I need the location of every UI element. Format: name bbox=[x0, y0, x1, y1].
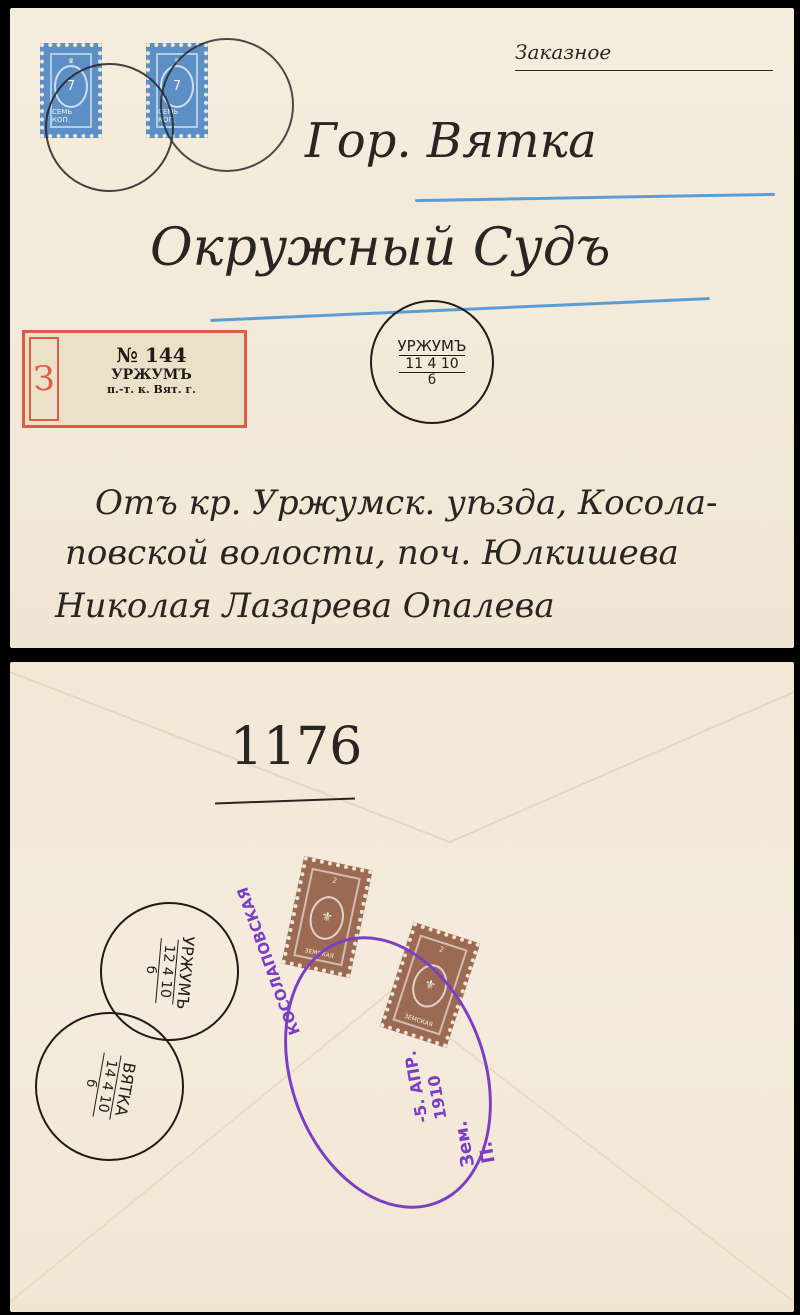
address-line-2: Окружный Судъ bbox=[150, 218, 610, 278]
registered-label: Заказное bbox=[515, 40, 611, 64]
blue-crayon-line bbox=[415, 193, 775, 202]
postmark-urzhum-front: УРЖУМЪ 11 4 10 б bbox=[370, 300, 494, 424]
sender-line-3: Николая Лазарева Опалева bbox=[55, 586, 555, 626]
envelope-back: 1176 УРЖУМЪ 12 4 10 б ВЯТКА 14 4 10 б 2⚜… bbox=[10, 662, 794, 1312]
sender-line-2: повской волости, поч. Юлкишева bbox=[65, 533, 679, 573]
stamp-arms-icon: ⚜ bbox=[306, 892, 348, 942]
underline bbox=[515, 70, 773, 71]
postmark-front-2 bbox=[160, 38, 294, 172]
postmark-front-1 bbox=[45, 63, 174, 192]
docket-number: 1176 bbox=[230, 717, 362, 777]
registration-label: З № 144 УРЖУМЪ п.-т. к. Вят. г. bbox=[22, 330, 247, 428]
address-line-1: Гор. Вятка bbox=[305, 113, 597, 169]
envelope-front: Заказное ♛7СЕМЬ КОП. ♛7СЕМЬ КОП. Гор. Вя… bbox=[10, 8, 794, 648]
stamp-eagle-icon: ♛ bbox=[68, 57, 74, 65]
sender-line-1: Отъ кр. Уржумск. уѣзда, Косола- bbox=[95, 483, 718, 523]
